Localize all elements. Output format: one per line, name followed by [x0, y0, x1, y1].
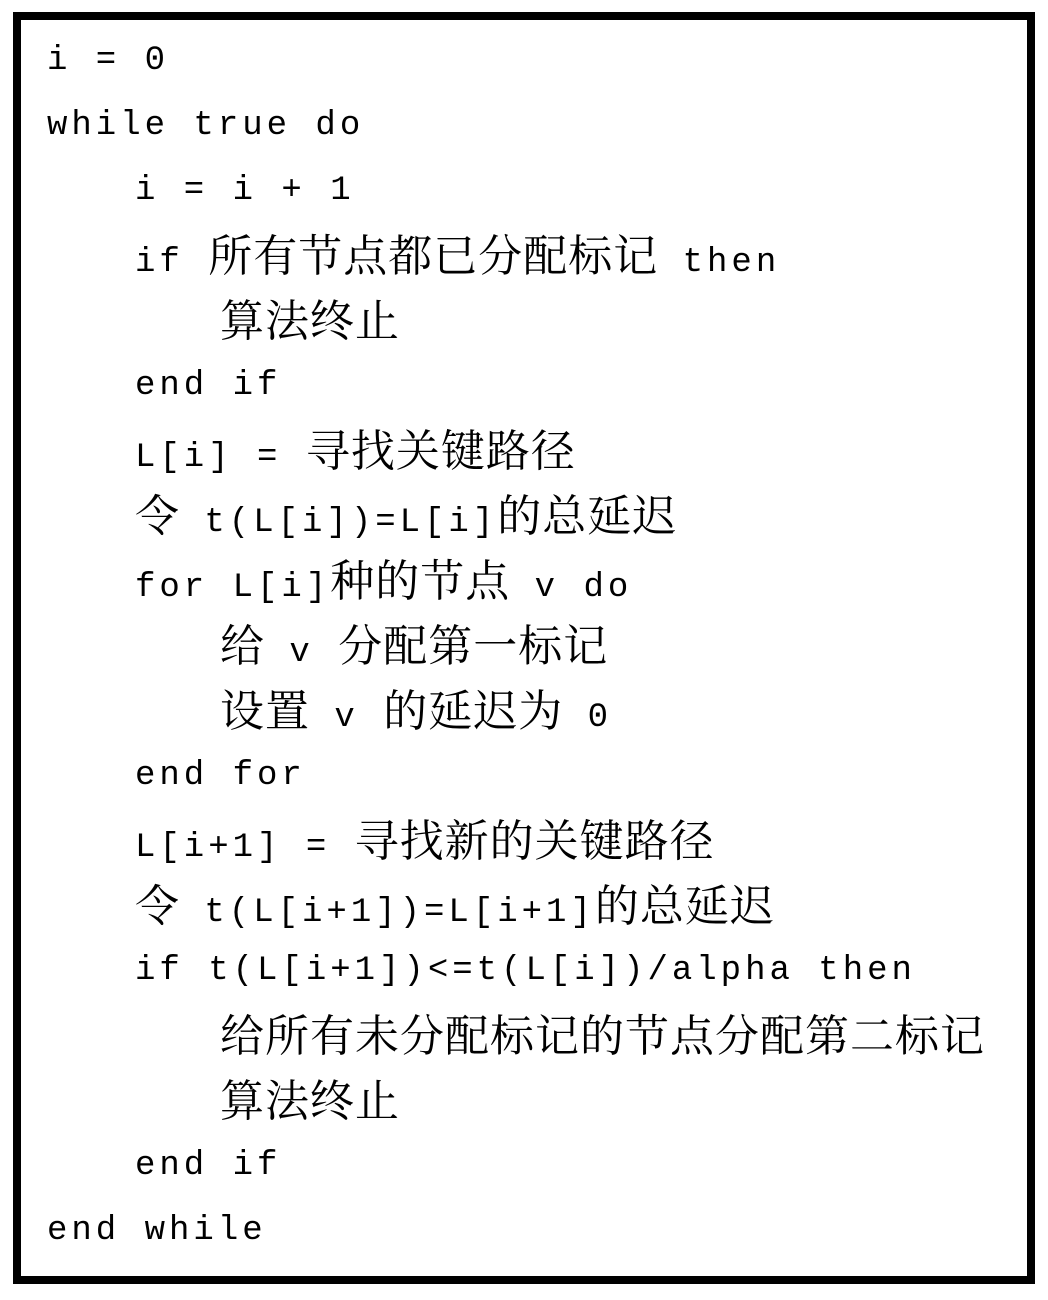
code-text-cjk: 种的节点 — [330, 557, 510, 606]
code-line: end if — [47, 354, 1019, 419]
code-text-latin: end if — [135, 1147, 281, 1185]
code-text-latin: v — [265, 634, 338, 672]
code-text-cjk: 的总延迟 — [497, 492, 677, 541]
code-line: 给 v 分配第一标记 — [47, 614, 1019, 679]
code-line: i = i + 1 — [47, 159, 1019, 224]
code-text-cjk: 令 — [135, 882, 180, 931]
code-text-latin: if t(L[i+1])<=t(L[i])/alpha then — [135, 952, 916, 990]
code-text-cjk: 所有节点都已分配标记 — [208, 232, 658, 281]
code-text-latin: v — [310, 699, 383, 737]
code-text-latin: for L[i] — [135, 569, 330, 607]
code-line: 给所有未分配标记的节点分配第二标记 — [47, 1004, 1019, 1069]
code-line: L[i] = 寻找关键路径 — [47, 419, 1019, 484]
code-line: 令 t(L[i])=L[i]的总延迟 — [47, 484, 1019, 549]
code-text-latin: t(L[i])=L[i] — [180, 504, 497, 542]
code-line: if t(L[i+1])<=t(L[i])/alpha then — [47, 939, 1019, 1004]
code-line: i = 0 — [47, 29, 1019, 94]
code-line: L[i+1] = 寻找新的关键路径 — [47, 809, 1019, 874]
code-line: 令 t(L[i+1])=L[i+1]的总延迟 — [47, 874, 1019, 939]
code-text-cjk: 的延迟为 — [383, 687, 563, 736]
code-line: if 所有节点都已分配标记 then — [47, 224, 1019, 289]
code-text-latin: L[i+1] = — [135, 829, 355, 867]
code-text-cjk: 寻找新的关键路径 — [355, 817, 715, 866]
code-text-latin: end while — [47, 1212, 267, 1250]
code-text-latin: 0 — [563, 699, 612, 737]
code-line: for L[i]种的节点 v do — [47, 549, 1019, 614]
code-text-latin: i = i + 1 — [135, 172, 355, 210]
code-text-cjk: 算法终止 — [220, 297, 400, 346]
code-text-cjk: 给 — [220, 622, 265, 671]
code-line: 算法终止 — [47, 289, 1019, 354]
code-text-cjk: 寻找关键路径 — [306, 427, 576, 476]
code-text-latin: while true do — [47, 107, 364, 145]
code-text-latin: end for — [135, 757, 306, 795]
code-line: end for — [47, 744, 1019, 809]
code-text-cjk: 令 — [135, 492, 180, 541]
code-text-latin: then — [658, 244, 780, 282]
code-text-cjk: 分配第一标记 — [338, 622, 608, 671]
pseudocode-block: i = 0while true doi = i + 1if 所有节点都已分配标记… — [13, 12, 1035, 1284]
code-text-cjk: 设置 — [220, 687, 310, 736]
code-text-cjk: 给所有未分配标记的节点分配第二标记 — [220, 1012, 985, 1061]
code-text-latin: v do — [510, 569, 632, 607]
code-text-cjk: 的总延迟 — [595, 882, 775, 931]
code-text-latin: end if — [135, 367, 281, 405]
code-line: end if — [47, 1134, 1019, 1199]
code-text-latin: t(L[i+1])=L[i+1] — [180, 894, 595, 932]
code-line: 算法终止 — [47, 1069, 1019, 1134]
code-text-cjk: 算法终止 — [220, 1077, 400, 1126]
code-line: end while — [47, 1199, 1019, 1264]
code-line: 设置 v 的延迟为 0 — [47, 679, 1019, 744]
code-text-latin: i = 0 — [47, 42, 169, 80]
code-text-latin: L[i] = — [135, 439, 306, 477]
code-text-latin: if — [135, 244, 208, 282]
code-line: while true do — [47, 94, 1019, 159]
